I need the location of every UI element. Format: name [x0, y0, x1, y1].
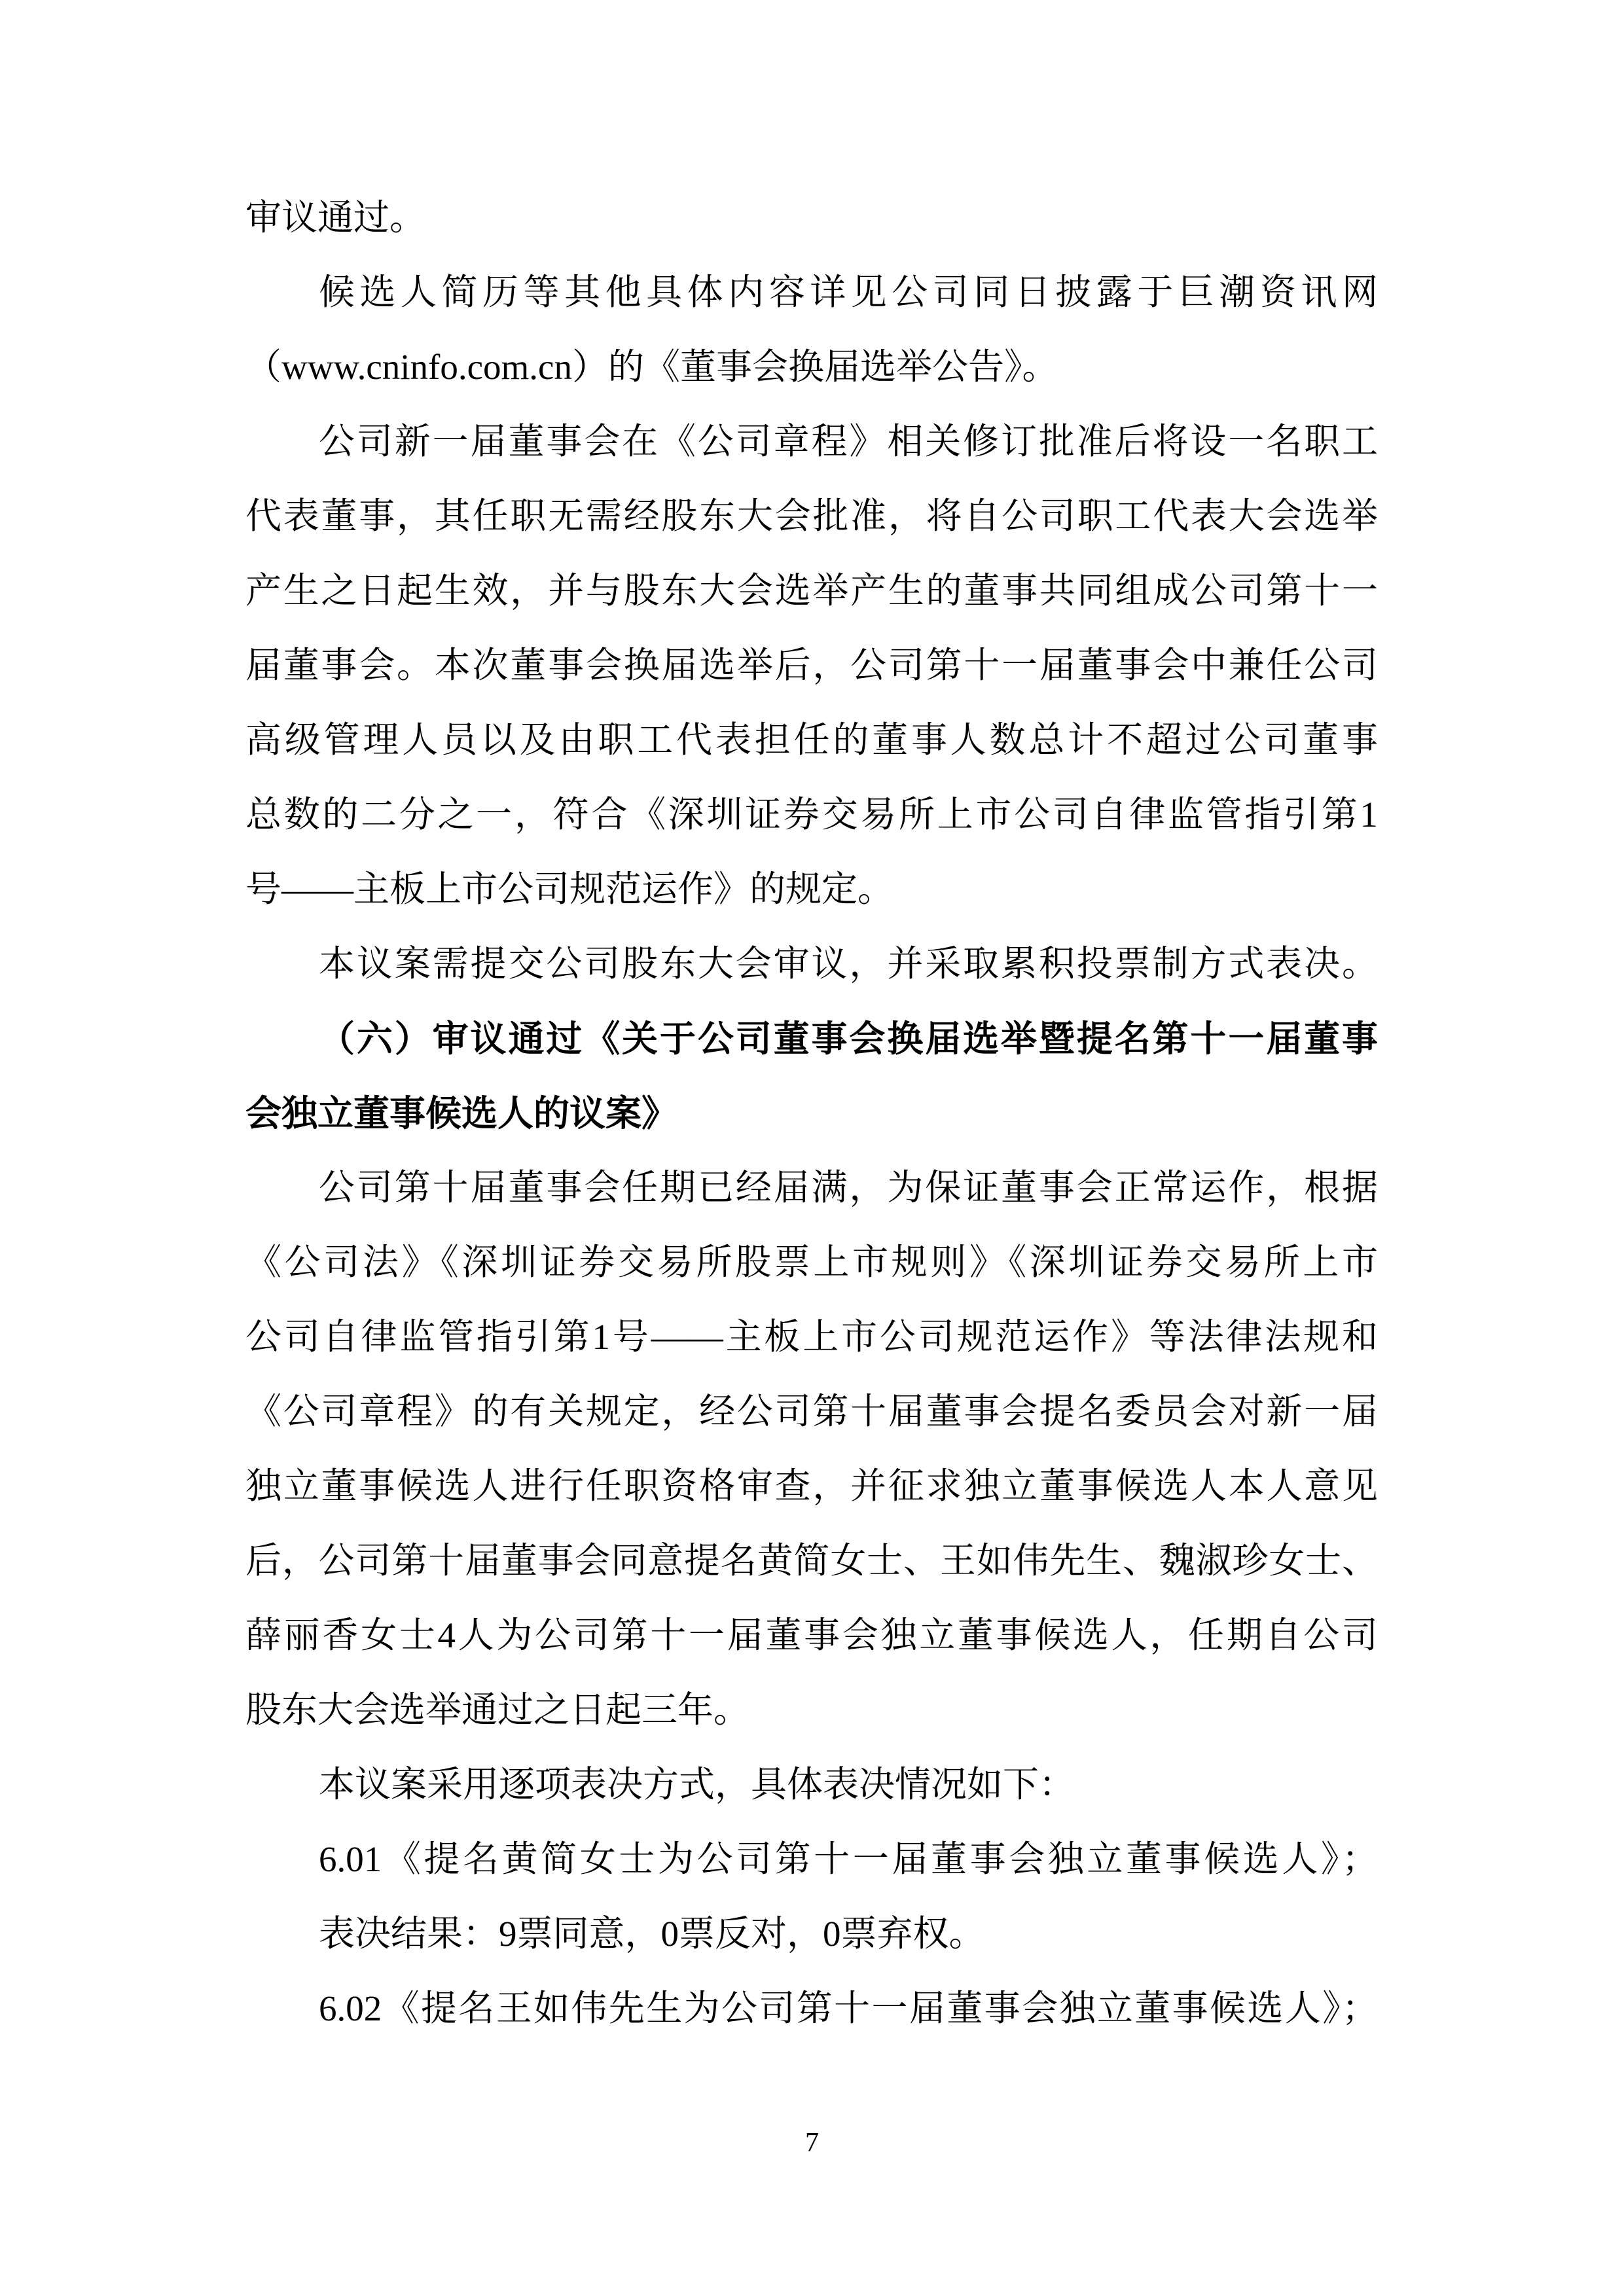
text-line-9: 总数的二分之一，符合《深圳证券交易所上市公司自律监管指引第1 — [245, 778, 1378, 852]
text-line-10: 号——主板上市公司规范运作》的规定。 — [245, 852, 1378, 927]
text-line-25: 6.02《提名王如伟先生为公司第十一届董事会独立董事候选人》； — [245, 1971, 1378, 2046]
text-line-8: 高级管理人员以及由职工代表担任的董事人数总计不超过公司董事 — [245, 703, 1378, 778]
page-number: 7 — [0, 2128, 1624, 2157]
text-line-1: 审议通过。 — [245, 181, 1378, 255]
text-line-5: 代表董事，其任职无需经股东大会批准，将自公司职工代表大会选举 — [245, 479, 1378, 554]
document-page: 审议通过。候选人简历等其他具体内容详见公司同日披露于巨潮资讯网（www.cnin… — [0, 0, 1624, 2296]
text-line-23: 6.01《提名黄简女士为公司第十一届董事会独立董事候选人》； — [245, 1822, 1378, 1897]
text-line-17: 《公司章程》的有关规定，经公司第十届董事会提名委员会对新一届 — [245, 1374, 1378, 1449]
text-line-19: 后，公司第十届董事会同意提名黄简女士、王如伟先生、魏淑珍女士、 — [245, 1524, 1378, 1598]
text-line-7: 届董事会。本次董事会换届选举后，公司第十一届董事会中兼任公司 — [245, 628, 1378, 703]
text-line-24: 表决结果：9票同意，0票反对，0票弃权。 — [245, 1897, 1378, 1971]
text-line-21: 股东大会选举通过之日起三年。 — [245, 1673, 1378, 1748]
text-line-14: 公司第十届董事会任期已经届满，为保证董事会正常运作，根据 — [245, 1151, 1378, 1225]
text-line-11: 本议案需提交公司股东大会审议，并采取累积投票制方式表决。 — [245, 927, 1378, 1001]
text-line-18: 独立董事候选人进行任职资格审查，并征求独立董事候选人本人意见 — [245, 1449, 1378, 1524]
text-line-4: 公司新一届董事会在《公司章程》相关修订批准后将设一名职工 — [245, 404, 1378, 479]
text-line-6: 产生之日起生效，并与股东大会选举产生的董事共同组成公司第十一 — [245, 554, 1378, 628]
text-line-3: （www.cninfo.com.cn）的《董事会换届选举公告》。 — [245, 330, 1378, 404]
document-body: 审议通过。候选人简历等其他具体内容详见公司同日披露于巨潮资讯网（www.cnin… — [245, 181, 1378, 2046]
text-line-20: 薛丽香女士4人为公司第十一届董事会独立董事候选人，任期自公司 — [245, 1598, 1378, 1673]
text-line-15: 《公司法》《深圳证券交易所股票上市规则》《深圳证券交易所上市 — [245, 1225, 1378, 1300]
text-line-22: 本议案采用逐项表决方式，具体表决情况如下： — [245, 1748, 1378, 1822]
text-line-13: 会独立董事候选人的议案》 — [245, 1076, 1378, 1151]
text-line-2: 候选人简历等其他具体内容详见公司同日披露于巨潮资讯网 — [245, 255, 1378, 330]
text-line-12: （六）审议通过《关于公司董事会换届选举暨提名第十一届董事 — [245, 1001, 1378, 1076]
text-line-16: 公司自律监管指引第1号——主板上市公司规范运作》等法律法规和 — [245, 1300, 1378, 1374]
